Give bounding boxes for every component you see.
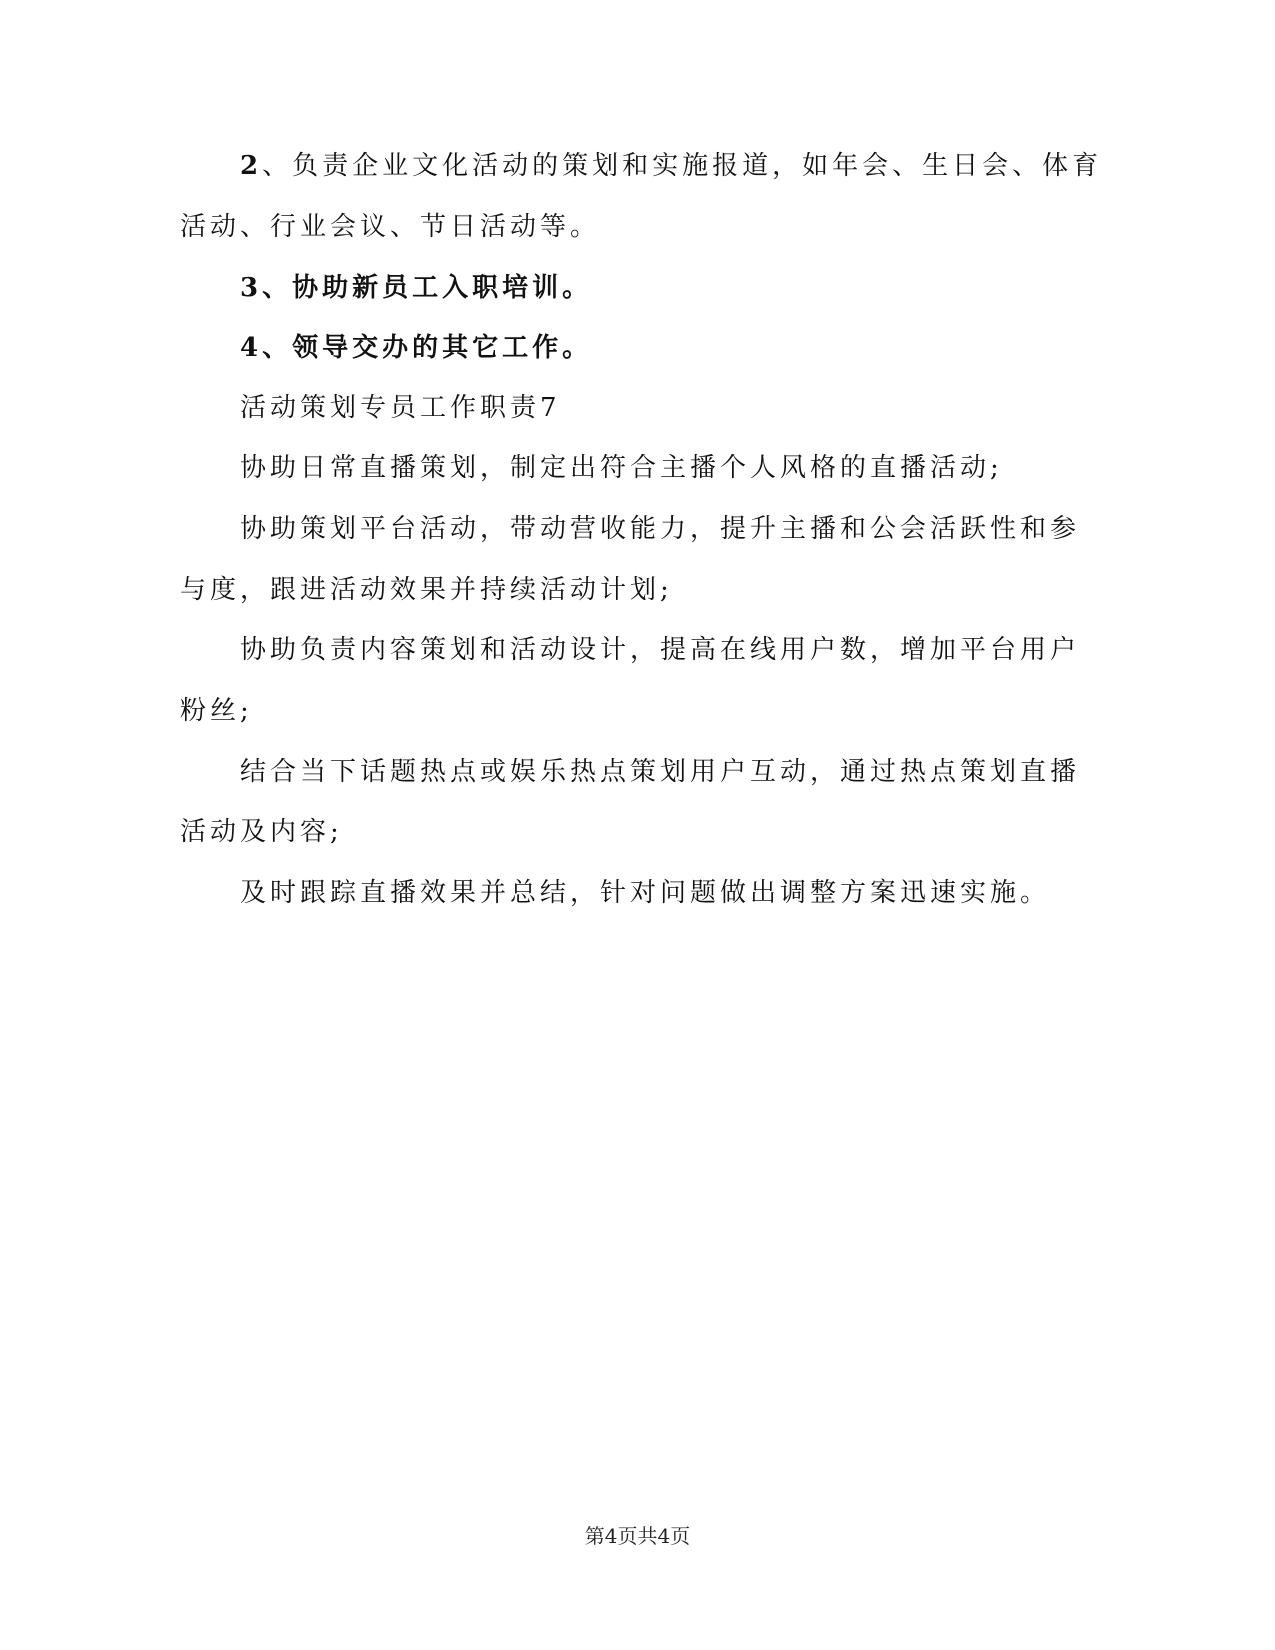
- list-item-4: 4、领导交办的其它工作。: [240, 332, 592, 364]
- duty-2-line-2: 与度，跟进活动效果并持续活动计划;: [180, 574, 673, 606]
- item-2-number: 2: [240, 151, 262, 181]
- duty-4-line-2: 活动及内容;: [180, 816, 343, 848]
- paragraph-item-2-line-1: 2、负责企业文化活动的策划和实施报道，如年会、生日会、体育: [240, 150, 1102, 182]
- paragraph-item-2-line-2: 活动、行业会议、节日活动等。: [180, 211, 600, 243]
- duty-3-line-1: 协助负责内容策划和活动设计，提高在线用户数，增加平台用户: [240, 634, 1080, 666]
- duty-3-line-2: 粉丝;: [180, 695, 253, 727]
- page-footer: 第4页共4页: [0, 1524, 1275, 1548]
- document-page: 2、负责企业文化活动的策划和实施报道，如年会、生日会、体育 活动、行业会议、节日…: [0, 0, 1275, 1650]
- duty-5: 及时跟踪直播效果并总结，针对问题做出调整方案迅速实施。: [240, 877, 1050, 909]
- item-2-text: 、负责企业文化活动的策划和实施报道，如年会、生日会、体育: [262, 151, 1102, 181]
- section-title: 活动策划专员工作职责7: [240, 392, 561, 424]
- duty-4-line-1: 结合当下话题热点或娱乐热点策划用户互动，通过热点策划直播: [240, 756, 1080, 788]
- duty-1: 协助日常直播策划，制定出符合主播个人风格的直播活动;: [240, 452, 1003, 484]
- duty-2-line-1: 协助策划平台活动，带动营收能力，提升主播和公会活跃性和参: [240, 513, 1080, 545]
- list-item-3: 3、协助新员工入职培训。: [240, 272, 592, 304]
